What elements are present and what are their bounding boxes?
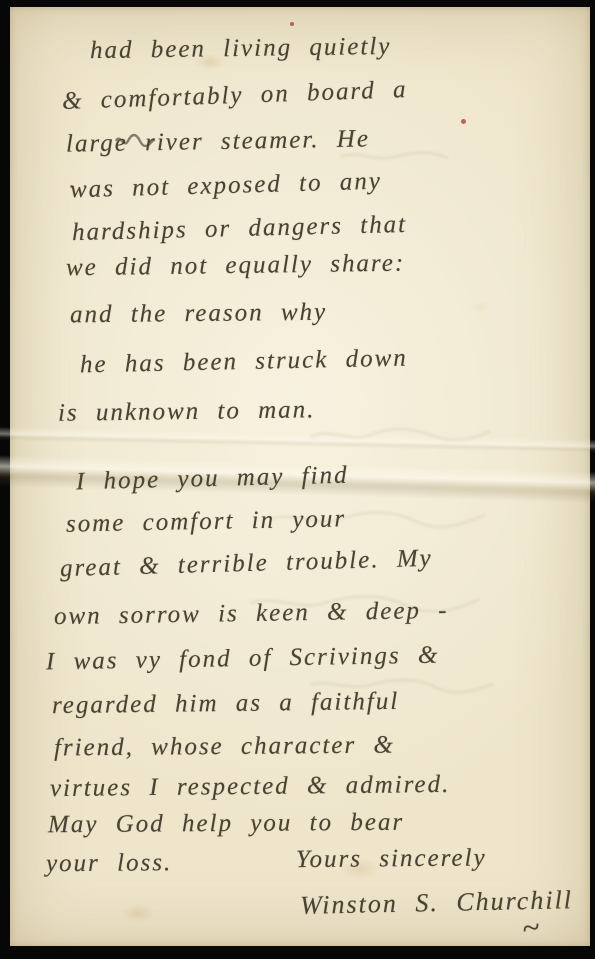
letter-line: was not exposed to any [70,168,383,205]
letter-line: great & terrible trouble. My [60,545,433,583]
letter-line: some comfort in your [66,505,347,538]
letter-line: hardships or dangers that [72,211,408,247]
letter-scan: had been living quietly & comfortably on… [0,0,595,959]
closing-line: your loss. Yours sincerely [46,846,566,879]
letter-line: and the reason why [70,299,327,330]
letter-line: had been living quietly [90,33,392,65]
letter-line: virtues I respected & admired. [50,771,451,803]
paper-sheet: had been living quietly & comfortably on… [10,7,590,946]
scan-speck [461,119,466,124]
letter-line: & comfortably on board a [62,76,408,116]
letter-line: I hope you may find [76,462,349,497]
letter-line: large river steamer. He [66,125,370,158]
closing-your-loss: your loss. [46,849,172,877]
valediction: Yours sincerely [296,844,487,874]
scan-speck [290,22,294,26]
letter-line: is unknown to man. [58,396,316,428]
letter-line: regarded him as a faithful [52,688,400,720]
letter-line: I was vy fond of Scrivings & [46,642,440,677]
letter-line: own sorrow is keen & deep - [54,597,449,631]
letter-line: we did not equally share: [66,250,406,283]
letter-line: friend, whose character & [54,732,395,763]
fold-crease-faint [0,427,595,454]
letter-line: May God help you to bear [48,809,404,839]
letter-line: he has been struck down [80,345,408,380]
